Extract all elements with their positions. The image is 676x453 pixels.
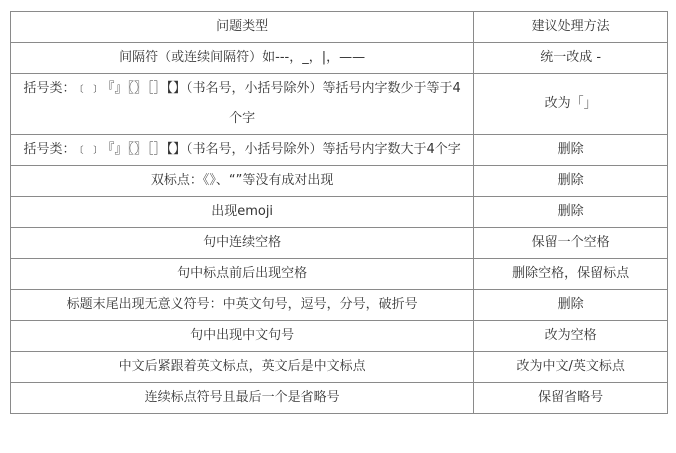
problem-cell: 句中出现中文句号 — [11, 321, 474, 352]
table-row: 句中连续空格 保留一个空格 — [11, 228, 668, 259]
table-row: 句中出现中文句号 改为空格 — [11, 321, 668, 352]
problem-cell: 连续标点符号且最后一个是省略号 — [11, 383, 474, 414]
action-cell: 删除 — [474, 290, 668, 321]
punctuation-rules-table: 问题类型 建议处理方法 间隔符（或连续间隔符）如---，_，|，—— 统一改成 … — [10, 11, 668, 414]
problem-cell: 句中连续空格 — [11, 228, 474, 259]
action-cell: 删除 — [474, 166, 668, 197]
action-cell: 删除空格，保留标点 — [474, 259, 668, 290]
action-cell: 改为中文/英文标点 — [474, 352, 668, 383]
action-cell: 保留一个空格 — [474, 228, 668, 259]
header-problem-type: 问题类型 — [11, 12, 474, 43]
table-row: 括号类：﹝﹞『』〖〗［］【】（书名号，小括号除外）等括号内字数大于4个字 删除 — [11, 135, 668, 166]
action-cell: 删除 — [474, 197, 668, 228]
problem-cell: 出现emoji — [11, 197, 474, 228]
table-row: 双标点：《》、“”等没有成对出现 删除 — [11, 166, 668, 197]
action-cell: 删除 — [474, 135, 668, 166]
header-suggested-action: 建议处理方法 — [474, 12, 668, 43]
problem-cell: 括号类：﹝﹞『』〖〗［］【】（书名号，小括号除外）等括号内字数少于等于4个字 — [11, 74, 474, 135]
table-row: 间隔符（或连续间隔符）如---，_，|，—— 统一改成 - — [11, 43, 668, 74]
action-cell: 保留省略号 — [474, 383, 668, 414]
table-row: 中文后紧跟着英文标点，英文后是中文标点 改为中文/英文标点 — [11, 352, 668, 383]
action-cell: 统一改成 - — [474, 43, 668, 74]
action-cell: 改为「」 — [474, 74, 668, 135]
problem-cell: 双标点：《》、“”等没有成对出现 — [11, 166, 474, 197]
problem-cell: 括号类：﹝﹞『』〖〗［］【】（书名号，小括号除外）等括号内字数大于4个字 — [11, 135, 474, 166]
table-row: 括号类：﹝﹞『』〖〗［］【】（书名号，小括号除外）等括号内字数少于等于4个字 改… — [11, 74, 668, 135]
table-row: 出现emoji 删除 — [11, 197, 668, 228]
action-cell: 改为空格 — [474, 321, 668, 352]
table-header-row: 问题类型 建议处理方法 — [11, 12, 668, 43]
problem-cell: 间隔符（或连续间隔符）如---，_，|，—— — [11, 43, 474, 74]
problem-cell: 中文后紧跟着英文标点，英文后是中文标点 — [11, 352, 474, 383]
table-row: 连续标点符号且最后一个是省略号 保留省略号 — [11, 383, 668, 414]
problem-cell: 标题末尾出现无意义符号：中英文句号，逗号，分号，破折号 — [11, 290, 474, 321]
problem-cell: 句中标点前后出现空格 — [11, 259, 474, 290]
table-row: 标题末尾出现无意义符号：中英文句号，逗号，分号，破折号 删除 — [11, 290, 668, 321]
table-row: 句中标点前后出现空格 删除空格，保留标点 — [11, 259, 668, 290]
